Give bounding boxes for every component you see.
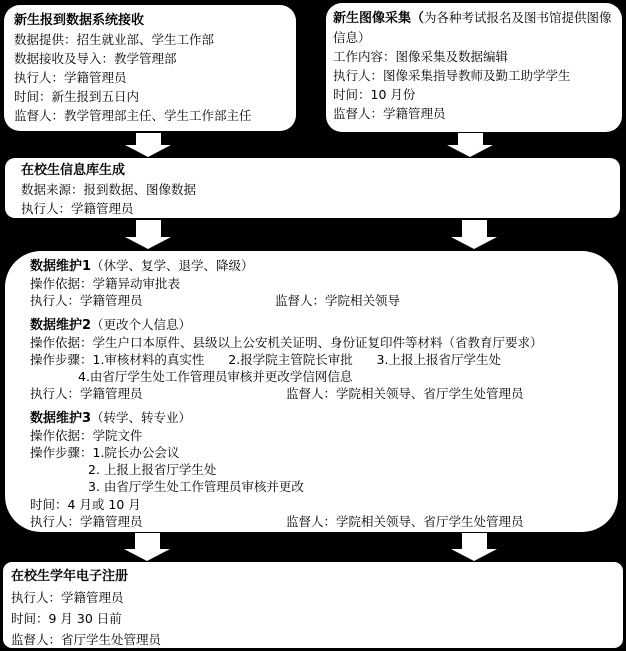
box-title-bold: 新生图像采集（	[333, 11, 424, 26]
box-annual-e-registration: 在校生学年电子注册 执行人：学籍管理员 时间：9 月 30 日前 监督人：省厅学…	[3, 562, 623, 648]
section-basis: 操作依据：学院文件	[30, 427, 606, 444]
box-line: 监督人：省厅学生处管理员	[11, 629, 613, 650]
section-title-bold: 数据维护2	[30, 318, 91, 333]
section-basis: 操作依据：学籍异动审批表	[30, 275, 606, 292]
section-steps: 操作步骤：1.审核材料的真实性 2.报学院主管院长审批 3.上报上报省厅学生处	[30, 351, 606, 368]
down-arrow-icon	[125, 220, 171, 249]
section-title-bold: 数据维护1	[30, 259, 91, 274]
section-title-note: （转学、转专业）	[91, 410, 191, 425]
supervisor-label: 监督人：学院相关领导	[275, 292, 400, 309]
box-line: 时间：10 月份	[333, 85, 614, 104]
maintenance-section-1: 数据维护1（休学、复学、退学、降级） 操作依据：学籍异动审批表 执行人：学籍管理…	[30, 257, 606, 310]
box-student-info-library: 在校生信息库生成 数据来源：报到数据、图像数据 执行人：学籍管理员	[5, 158, 620, 218]
supervisor-label: 监督人：学院相关领导、省厅学生处管理员	[286, 385, 524, 402]
box-line: 执行人：学籍管理员	[14, 68, 288, 87]
box-line: 工作内容：图像采集及数据编辑	[333, 47, 614, 66]
box-line: 监督人：学籍管理员	[333, 104, 614, 123]
box-line: 时间：新生报到五日内	[14, 87, 288, 106]
maintenance-section-2: 数据维护2（更改个人信息） 操作依据：学生户口本原件、县级以上公安机关证明、身份…	[30, 316, 606, 403]
section-title-note: （更改个人信息）	[91, 317, 191, 332]
box-line: 执行人：学籍管理员	[11, 587, 613, 608]
executor-supervisor-row: 执行人：学籍管理员 监督人：学院相关领导、省厅学生处管理员	[30, 513, 606, 530]
box-line: 数据提供：招生就业部、学生工作部	[14, 30, 288, 49]
box-freshman-image-collection: 新生图像采集（为各种考试报名及图书馆提供图像信息） 工作内容：图像采集及数据编辑…	[326, 3, 622, 132]
flowchart-canvas: 新生报到数据系统接收 数据提供：招生就业部、学生工作部 数据接收及导入：教学管理…	[0, 0, 626, 651]
section-title: 数据维护1（休学、复学、退学、降级）	[30, 257, 606, 275]
section-step-3: 3. 由省厅学生处工作管理员审核并更改	[88, 478, 606, 495]
box-line: 数据来源：报到数据、图像数据	[21, 180, 610, 199]
box-title: 在校生学年电子注册	[11, 566, 613, 587]
down-arrow-icon	[124, 533, 170, 561]
executor-label: 执行人：学籍管理员	[30, 385, 286, 402]
executor-supervisor-row: 执行人：学籍管理员 监督人：学院相关领导	[30, 292, 606, 309]
box-line: 数据接收及导入：教学管理部	[14, 49, 288, 68]
section-step-4: 4.由省厅学生处工作管理员审核并更改学信网信息	[78, 368, 606, 385]
box-line: 执行人：图像采集指导教师及勤工助学学生	[333, 66, 614, 85]
section-basis: 操作依据：学生户口本原件、县级以上公安机关证明、身份证复印件等材料（省教育厅要求…	[30, 334, 606, 351]
box-title: 在校生信息库生成	[21, 161, 610, 180]
section-step-2: 2. 上报上报省厅学生处	[88, 461, 606, 478]
down-arrow-icon	[451, 533, 497, 561]
executor-label: 执行人：学籍管理员	[30, 513, 286, 530]
down-arrow-icon	[125, 133, 171, 157]
section-title-note: （休学、复学、退学、降级）	[91, 258, 254, 273]
box-data-maintenance: 数据维护1（休学、复学、退学、降级） 操作依据：学籍异动审批表 执行人：学籍管理…	[5, 251, 618, 532]
down-arrow-icon	[451, 220, 497, 249]
supervisor-label: 监督人：学院相关领导、省厅学生处管理员	[286, 513, 524, 530]
section-title-bold: 数据维护3	[30, 411, 91, 426]
down-arrow-icon	[447, 133, 493, 157]
maintenance-section-3: 数据维护3（转学、转专业） 操作依据：学院文件 操作步骤：1.院长办公会议 2.…	[30, 409, 606, 530]
box-line: 执行人：学籍管理员	[21, 199, 610, 218]
box-line: 监督人：教学管理部主任、学生工作部主任	[14, 106, 288, 125]
section-time: 时间：4 月或 10 月	[30, 496, 606, 513]
box-freshman-data-intake: 新生报到数据系统接收 数据提供：招生就业部、学生工作部 数据接收及导入：教学管理…	[4, 5, 296, 131]
box-line: 时间：9 月 30 日前	[11, 608, 613, 629]
section-title: 数据维护2（更改个人信息）	[30, 316, 606, 334]
section-title: 数据维护3（转学、转专业）	[30, 409, 606, 427]
section-steps: 操作步骤：1.院长办公会议	[30, 444, 606, 461]
box-title: 新生报到数据系统接收	[14, 11, 288, 30]
box-title: 新生图像采集（为各种考试报名及图书馆提供图像信息）	[333, 8, 614, 47]
executor-supervisor-row: 执行人：学籍管理员 监督人：学院相关领导、省厅学生处管理员	[30, 385, 606, 402]
executor-label: 执行人：学籍管理员	[30, 292, 275, 309]
